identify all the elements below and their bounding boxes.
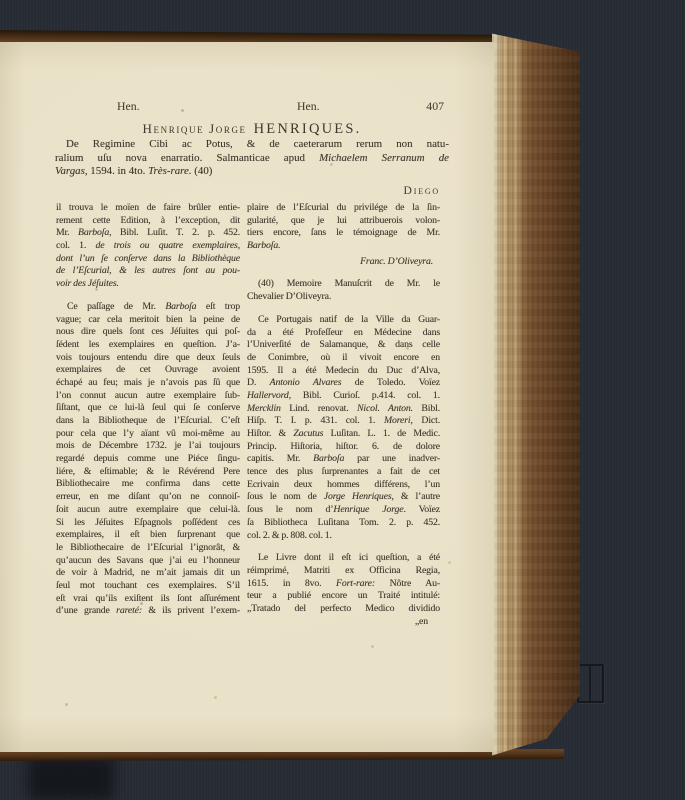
header-keyword-center: Hen. bbox=[297, 99, 320, 114]
running-header: Hen. Hen. 407 bbox=[55, 99, 449, 114]
text-line: „en bbox=[247, 616, 440, 629]
text-segment: mois de Décembre 1732. je l’ai toujours bbox=[56, 440, 240, 451]
text-segment-italic: Michaelem Serranum de bbox=[319, 152, 449, 164]
text-segment-italic: Fort-rare: bbox=[336, 578, 375, 589]
text-segment: ſoit aucun autre exemplaire que celui-là… bbox=[56, 504, 240, 515]
text-line: Le Livre dont il eſt ici queſtion, a été bbox=[247, 552, 440, 565]
text-segment: plaire de l’Eſcurial du privilége de la … bbox=[247, 202, 440, 213]
text-line: dans la Bibliotheque de l’Eſcurial. C’eſ… bbox=[56, 415, 240, 428]
text-column-right: plaire de l’Eſcurial du privilége de la … bbox=[247, 202, 440, 628]
text-line: d’une grande rareté: & ils privent l’exe… bbox=[56, 605, 240, 618]
text-segment-italic: Moreri bbox=[384, 415, 411, 426]
text-segment: (40) Memoire Manuſcrit de Mr. le bbox=[258, 278, 440, 289]
text-line: échapé au feu; mais je n’avois pas ſû qu… bbox=[56, 377, 240, 390]
text-segment-italic: Antonio Alvares bbox=[270, 377, 342, 388]
text-line: regardé depuis comme une Piéce ſingu- bbox=[56, 453, 240, 466]
text-segment: Mr. bbox=[56, 227, 78, 238]
text-line: capitis. Mr. Barboſa par une inadver- bbox=[247, 453, 440, 466]
text-segment: (40) bbox=[192, 165, 213, 177]
text-line: Hiſp. T. I. p. 431. col. 1. Moreri, Dict… bbox=[247, 415, 440, 428]
text-segment: ſa Bibliotheca Luſitana Tom. 2. p. 452. bbox=[247, 517, 440, 528]
text-segment: erreur, en me diſant qu’on ne connoiſ- bbox=[56, 491, 240, 502]
page-number: 407 bbox=[426, 99, 444, 114]
text-segment: teur a publié encore un Traité intitulé: bbox=[247, 590, 440, 601]
text-segment: Luſitan. L. 1. de Medic. bbox=[323, 428, 440, 439]
text-line: ſoit aucun autre exemplaire que celui-là… bbox=[56, 504, 240, 517]
text-segment: . Voïez bbox=[403, 504, 440, 515]
text-line: mois de Décembre 1732. je l’ai toujours bbox=[56, 440, 240, 453]
text-line: tence des plus ſurprenantes a fait de ce… bbox=[247, 466, 440, 479]
text-segment: eſt vrai qu’ils exiſtent ils ſont aſſuré… bbox=[56, 593, 240, 604]
text-line: de l’Eſcurial, & les autres ſont au pou- bbox=[56, 265, 240, 278]
text-segment: tiers encore, ſans le témoignage de Mr. bbox=[247, 227, 440, 238]
text-line: tiers encore, ſans le témoignage de Mr. bbox=[247, 227, 440, 240]
text-line: qu’aucun des Savans que j’ai eu l’honneu… bbox=[56, 555, 240, 568]
text-line: D. Antonio Alvares de Toledo. Voïez bbox=[247, 377, 440, 390]
text-segment: Lind. renovat. bbox=[281, 403, 357, 414]
book-page: Hen. Hen. 407 Henrique JorgeHENRIQUES. D… bbox=[0, 42, 494, 752]
text-line: Princip. Hiſtoria, hiſtor. 6. de dolore bbox=[247, 441, 440, 454]
text-segment: Hiſp. T. I. p. 431. col. 1. bbox=[247, 415, 384, 426]
text-line: il trouva le moïen de faire brûler entie… bbox=[56, 202, 240, 215]
text-segment: ſous le nom d’ bbox=[247, 504, 333, 515]
text-segment: Bibl. bbox=[413, 403, 440, 414]
text-segment-italic: Hallervord bbox=[247, 390, 289, 401]
text-line: Bibliothecaire me confirma dans cette bbox=[56, 478, 240, 491]
text-line: Hallervord, Bibl. Curioſ. p.414. col. 1. bbox=[247, 390, 440, 403]
text-line: pour cela que l’y aïant vû moi-même au bbox=[56, 428, 240, 441]
text-line: Mr. Barboſa, Bibl. Luſit. T. 2. p. 452. bbox=[56, 227, 240, 240]
header-keyword-left: Hen. bbox=[117, 99, 140, 114]
text-segment: da a été Profeſſeur en Médecine dans bbox=[247, 327, 440, 338]
text-segment: , 1594. in 4to. bbox=[85, 165, 148, 177]
entry-title: Henrique JorgeHENRIQUES. bbox=[55, 120, 449, 138]
text-line: le Bibliothecaire de l’Eſcurial l’ignorâ… bbox=[56, 542, 240, 555]
text-segment: de voir à Madrid, ne m’ait jamais dit un bbox=[56, 567, 240, 578]
text-segment: regardé depuis comme une Piéce ſingu- bbox=[56, 453, 240, 464]
text-line: rement cette Edition, à l’exception, dit bbox=[56, 215, 240, 228]
text-segment: 1595. Il a été Medecin du Duc d’Alva, bbox=[247, 365, 440, 376]
text-segment-italic: Barboſa bbox=[78, 227, 109, 238]
text-segment: rement cette Edition, à l’exception, dit bbox=[56, 215, 240, 226]
text-line: 1595. Il a été Medecin du Duc d’Alva, bbox=[247, 365, 440, 378]
text-line: Ce Portugais natif de la Ville da Guar- bbox=[247, 314, 440, 327]
text-line: gularité, que je lui attribuerois volon- bbox=[247, 215, 440, 228]
text-line: dont l’un ſe conſerve dans la Bibliothèq… bbox=[56, 253, 240, 266]
text-line: plaire de l’Eſcurial du privilége de la … bbox=[247, 202, 440, 215]
text-line: voir des Jéſuites. bbox=[56, 278, 240, 291]
text-segment: eſt trop bbox=[196, 301, 240, 312]
text-line: réimprimé, Matriti ex Officina Regia, bbox=[247, 565, 440, 578]
text-segment: Le Livre dont il eſt ici queſtion, a été bbox=[258, 552, 440, 563]
text-line: Ecrivain deux hommes différens, l’un bbox=[247, 479, 440, 492]
text-line: l’Univerſité de Salamanque, & dans celle bbox=[247, 339, 440, 352]
text-segment: exemplaires de cet Ouvrage avoient bbox=[56, 364, 240, 375]
text-line: l’on connut aucun autre exemplaire ſub- bbox=[56, 390, 240, 403]
text-line: col. 1. de trois ou quatre exemplaires, bbox=[56, 240, 240, 253]
text-segment: vois toujours entendu dire que deux ſeul… bbox=[56, 352, 240, 363]
text-segment-italic: Henrique Jorge bbox=[333, 504, 403, 515]
text-line: erreur, en me diſant qu’on ne connoiſ- bbox=[56, 491, 240, 504]
entry-title-surname: HENRIQUES. bbox=[254, 121, 362, 137]
text-segment: col. 1. bbox=[56, 240, 96, 251]
text-segment: 1615. in 8vo. bbox=[247, 578, 336, 589]
text-segment: tence des plus ſurprenantes a fait de ce… bbox=[247, 466, 440, 477]
text-line: nous dire quels ſont ces Jéſuites qui po… bbox=[56, 326, 240, 339]
text-line: 1615. in 8vo. Fort-rare: Nôtre Au- bbox=[247, 578, 440, 591]
text-segment: vague; car cela meritoit bien la peine d… bbox=[56, 314, 240, 325]
text-line: Si les Jéſuites Eſpagnols poſſédent ces bbox=[56, 517, 240, 530]
text-segment-italic: Barboſa. bbox=[247, 240, 280, 251]
text-segment: nous dire quels ſont ces Jéſuites qui po… bbox=[56, 326, 240, 337]
text-line: ſeul mot touchant ces exemplaires. S’il bbox=[56, 580, 240, 593]
embossed-stamp-line bbox=[589, 666, 591, 701]
text-segment: Princip. Hiſtoria, hiſtor. 6. de dolore bbox=[247, 441, 440, 452]
text-segment-italic: rareté: bbox=[116, 605, 142, 616]
text-segment: Si les Jéſuites Eſpagnols poſſédent ces bbox=[56, 517, 240, 528]
text-segment: & ils privent l’exem- bbox=[142, 605, 240, 616]
text-line: (40) Memoire Manuſcrit de Mr. le bbox=[247, 278, 440, 291]
text-segment-italic: Jorge Henriques bbox=[324, 491, 392, 502]
text-segment-italic: Zacutus bbox=[293, 428, 323, 439]
text-segment-italic: de trois ou quatre exemplaires, bbox=[96, 240, 241, 251]
text-segment-italic: Très-rare. bbox=[148, 165, 191, 177]
text-segment: Bibliothecaire me confirma dans cette bbox=[56, 478, 240, 489]
text-line: liére, & eſtimable; & le Révérend Pere bbox=[56, 466, 240, 479]
text-segment: , & l’autre bbox=[392, 491, 440, 502]
text-segment-italic: Barboſa bbox=[165, 301, 196, 312]
entry-intro: De Regimine Cibi ac Potus, & de caeterar… bbox=[55, 138, 449, 179]
text-segment-italic: Mercklin bbox=[247, 403, 281, 414]
text-line: eſt vrai qu’ils exiſtent ils ſont aſſuré… bbox=[56, 593, 240, 606]
text-segment: , Bibl. Curioſ. p.414. col. 1. bbox=[289, 390, 440, 401]
text-segment: l’Univerſité de Salamanque, & dans celle bbox=[247, 339, 440, 350]
text-line: exemplaires de cet Ouvrage avoient bbox=[56, 364, 240, 377]
text-segment-italic: Barboſa bbox=[313, 453, 344, 464]
text-segment: de Toledo. Voïez bbox=[341, 377, 440, 388]
text-segment: il trouva le moïen de faire brûler entie… bbox=[56, 202, 240, 213]
text-segment: „en bbox=[415, 616, 428, 627]
text-line: exemplaires, il eſt bien ſurprenant que bbox=[56, 529, 240, 542]
text-segment: pour cela que l’y aïant vû moi-même au bbox=[56, 428, 240, 439]
text-line: ſiſtant, que ce lui-là ſeul qui ſe conſe… bbox=[56, 402, 240, 415]
text-segment-italic: dont l’un ſe conſerve dans la Bibliothèq… bbox=[56, 253, 240, 264]
text-segment-italic: voir des Jéſuites. bbox=[56, 278, 119, 289]
text-line: ſous le nom de Jorge Henriques, & l’autr… bbox=[247, 491, 440, 504]
text-line: col. 2. & p. 808. col. 1. bbox=[247, 530, 440, 543]
text-line: Chevalier D’Oliveyra. bbox=[247, 291, 440, 304]
text-line: Vargas, 1594. in 4to. Très-rare. (40) bbox=[55, 165, 449, 179]
entry-title-forenames: Henrique Jorge bbox=[143, 121, 247, 136]
text-column-left: il trouva le moïen de faire brûler entie… bbox=[56, 202, 240, 618]
text-segment: Ce Portugais natif de la Ville da Guar- bbox=[258, 314, 440, 325]
paper-speckles bbox=[0, 42, 1, 43]
text-line: Mercklin Lind. renovat. Nicol. Anton. Bi… bbox=[247, 403, 440, 416]
text-segment: ralium uſu nova enarratio. Salmanticae a… bbox=[55, 152, 319, 164]
text-segment: D. bbox=[247, 377, 270, 388]
text-line: ſous le nom d’Henrique Jorge. Voïez bbox=[247, 504, 440, 517]
catchword-diego: Diego bbox=[55, 184, 449, 197]
book-shadow bbox=[28, 756, 114, 800]
text-line: Barboſa. bbox=[247, 240, 440, 253]
embossed-stamp bbox=[577, 664, 604, 703]
text-segment: capitis. Mr. bbox=[247, 453, 313, 464]
text-line: de voir à Madrid, ne m’ait jamais dit un bbox=[56, 567, 240, 580]
text-segment: le Bibliothecaire de l’Eſcurial l’ignorâ… bbox=[56, 542, 240, 553]
text-line: vague; car cela meritoit bien la peine d… bbox=[56, 314, 240, 327]
text-segment: l’on connut aucun autre exemplaire ſub- bbox=[56, 390, 240, 401]
text-segment: Ce paſſage de Mr. bbox=[67, 301, 165, 312]
text-line: de Conimbre, où il vivoit encore en bbox=[247, 352, 440, 365]
text-line: teur a publié encore un Traité intitulé: bbox=[247, 590, 440, 603]
text-segment: , Dict. bbox=[410, 415, 440, 426]
scan-background: Hen. Hen. 407 Henrique JorgeHENRIQUES. D… bbox=[0, 0, 685, 800]
text-segment: dans la Bibliotheque de l’Eſcurial. C’eſ… bbox=[56, 415, 240, 426]
text-segment: échapé au feu; mais je n’avois pas ſû qu… bbox=[56, 377, 240, 388]
text-segment: liére, & eſtimable; & le Révérend Pere bbox=[56, 466, 240, 477]
text-segment: „Tratado del perfecto Medico dividido bbox=[247, 603, 440, 614]
text-line: da a été Profeſſeur en Médecine dans bbox=[247, 327, 440, 340]
text-segment: Chevalier D’Oliveyra. bbox=[247, 291, 331, 302]
text-line: Ce paſſage de Mr. Barboſa eſt trop bbox=[56, 301, 240, 314]
text-segment: de Conimbre, où il vivoit encore en bbox=[247, 352, 440, 363]
text-line: vois toujours entendu dire que deux ſeul… bbox=[56, 352, 240, 365]
text-segment: réimprimé, Matriti ex Officina Regia, bbox=[247, 565, 440, 576]
text-segment: Ecrivain deux hommes différens, l’un bbox=[247, 479, 440, 490]
text-line: ralium uſu nova enarratio. Salmanticae a… bbox=[55, 152, 449, 166]
text-segment: De Regimine Cibi ac Potus, & de caeterar… bbox=[66, 138, 449, 150]
text-segment: ſeul mot touchant ces exemplaires. S’il bbox=[56, 580, 240, 591]
text-segment-italic: Vargas bbox=[55, 165, 85, 177]
text-segment: par une inadver- bbox=[344, 453, 440, 464]
text-line: De Regimine Cibi ac Potus, & de caeterar… bbox=[55, 138, 449, 152]
text-line: Hiſtor. & Zacutus Luſitan. L. 1. de Medi… bbox=[247, 428, 440, 441]
text-segment: ſédent les exemplaires en queſtion. J’a- bbox=[56, 339, 240, 350]
text-segment-italic: Nicol. Anton. bbox=[357, 403, 413, 414]
text-segment-italic: Franc. D’Oliveyra. bbox=[360, 256, 433, 267]
text-line: ſédent les exemplaires en queſtion. J’a- bbox=[56, 339, 240, 352]
text-segment: , Bibl. Luſit. T. 2. p. 452. bbox=[109, 227, 240, 238]
text-segment: Nôtre Au- bbox=[375, 578, 440, 589]
text-segment: exemplaires, il eſt bien ſurprenant que bbox=[56, 529, 240, 540]
text-segment: qu’aucun des Savans que j’ai eu l’honneu… bbox=[56, 555, 240, 566]
text-segment-italic: de l’Eſcurial, & les autres ſont au pou- bbox=[56, 265, 240, 276]
text-line: Franc. D’Oliveyra. bbox=[247, 256, 440, 269]
book-fore-edge bbox=[492, 30, 580, 757]
text-line: ſa Bibliotheca Luſitana Tom. 2. p. 452. bbox=[247, 517, 440, 530]
text-segment: ſiſtant, que ce lui-là ſeul qui ſe conſe… bbox=[56, 402, 240, 413]
text-segment: ſous le nom de bbox=[247, 491, 324, 502]
text-segment: d’une grande bbox=[56, 605, 116, 616]
text-segment: gularité, que je lui attribuerois volon- bbox=[247, 215, 440, 226]
text-segment: Hiſtor. & bbox=[247, 428, 293, 439]
text-line: „Tratado del perfecto Medico dividido bbox=[247, 603, 440, 616]
text-segment: col. 2. & p. 808. col. 1. bbox=[247, 530, 332, 541]
